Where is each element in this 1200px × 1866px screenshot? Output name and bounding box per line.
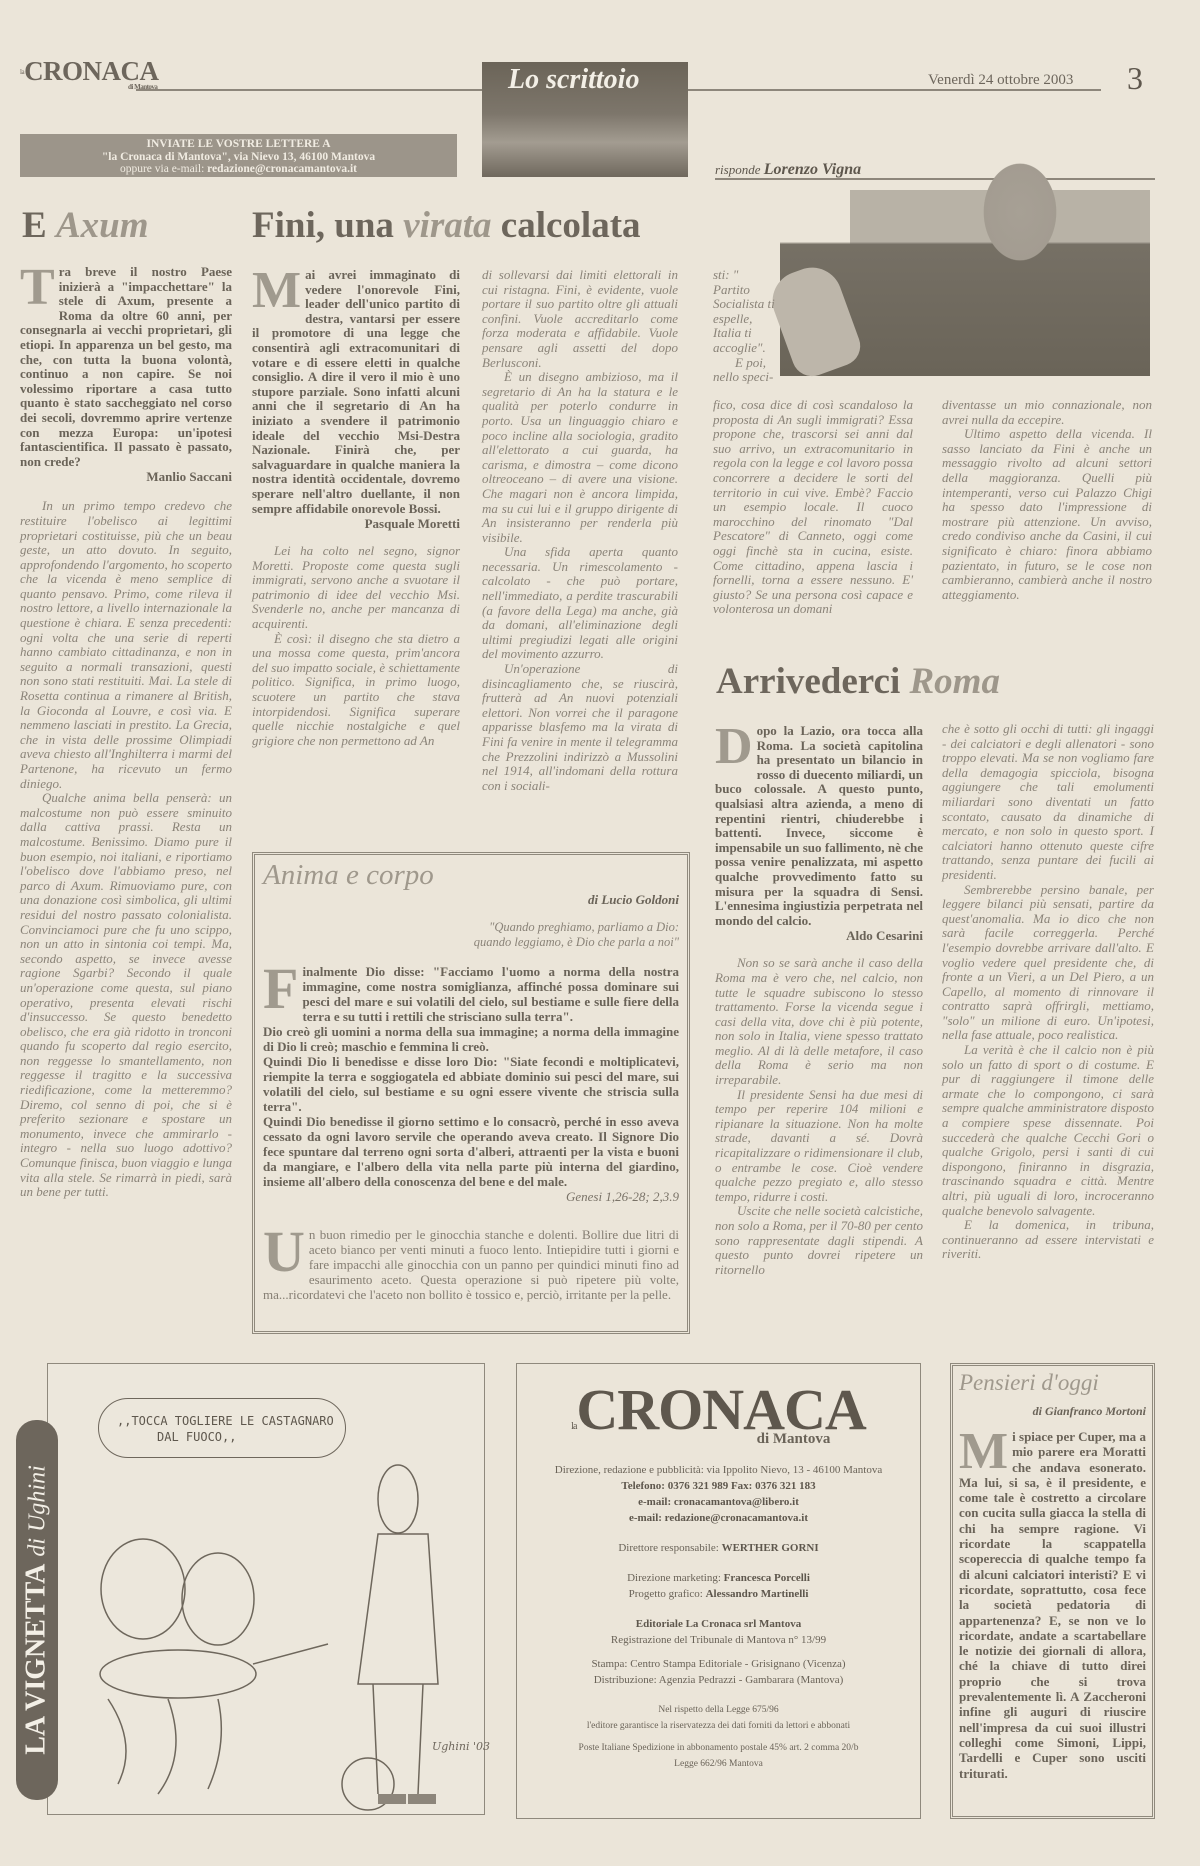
quote-line: "Quando preghiamo, parliamo a Dio:: [263, 920, 679, 935]
reply-paragraph: che è sotto gli occhi di tutti: gli inga…: [942, 722, 1154, 883]
responder-prefix: risponde: [715, 162, 764, 177]
reply-paragraph: E poi, nello speci-: [713, 356, 777, 385]
header-rule-right: [688, 89, 1101, 91]
rimedio-text: Un buon rimedio per le ginocchia stanche…: [263, 1227, 679, 1302]
letters-line-1: INVIATE LE VOSTRE LETTERE A: [20, 138, 457, 151]
headline-italic-part: Axum: [56, 205, 149, 246]
drop-cap: D: [715, 726, 753, 768]
masthead-email-link[interactable]: e-mail: redazione@cronacamantova.it: [629, 1512, 808, 1524]
letters-info-box: INVIATE LE VOSTRE LETTERE A "la Cronaca …: [20, 134, 457, 177]
article-axum: Tra breve il nostro Paese inizierà a "im…: [20, 265, 232, 1200]
article-roma-col2: che è sotto gli occhi di tutti: gli inga…: [942, 722, 1154, 1262]
pensieri-paragraph: i spiace per Cuper, ma a mio parere era …: [959, 1429, 1146, 1781]
headline-part: Fini, una: [252, 205, 403, 246]
headline-italic-part: virata: [403, 205, 491, 246]
letters-line-3: oppure via e-mail:: [120, 163, 207, 175]
headline-part: E: [22, 205, 56, 246]
letter-signature: Aldo Cesarini: [715, 928, 923, 944]
genesi-paragraph: Dio creò gli uomini a norma della sua im…: [263, 1024, 679, 1054]
headline-part: calcolata: [492, 205, 641, 246]
rimedio-paragraph: n buon rimedio per le ginocchia stanche …: [263, 1227, 679, 1302]
article-roma-col1: Dopo la Lazio, ora tocca alla Roma. La s…: [715, 724, 923, 1277]
masthead-logo: laCRONACA: [517, 1376, 920, 1443]
reply-axum: In un primo tempo credevo che restituire…: [20, 499, 232, 1200]
speech-line: DAL FUOCO,,: [117, 1429, 345, 1445]
director-label: Direttore responsabile:: [618, 1542, 721, 1554]
quote-line: quando leggiamo, è Dio che parla a noi": [263, 935, 679, 950]
reply-paragraph: Un'operazione di disincagliamento che, s…: [482, 662, 678, 793]
article-fini-col1: Mai avrei immaginato di vedere l'onorevo…: [252, 268, 460, 748]
box-title: Anima e corpo: [263, 859, 679, 892]
postal-notice: Poste Italiane Spedizione in abbonamento…: [517, 1740, 920, 1756]
drop-cap: U: [263, 1229, 305, 1275]
box-title: Pensieri d'oggi: [953, 1366, 1152, 1396]
cartoon-signature: Ughini '03: [432, 1740, 490, 1753]
masthead-email-link[interactable]: e-mail: cronacamantova@libero.it: [638, 1496, 799, 1508]
letter-axum: Tra breve il nostro Paese inizierà a "im…: [20, 265, 232, 469]
reply-paragraph: E la domenica, in tribuna, continueranno…: [942, 1218, 1154, 1262]
vignetta-label: LA VIGNETTA di Ughini: [16, 1420, 58, 1800]
drop-cap: M: [252, 270, 301, 312]
box-byline: di Gianfranco Mortoni: [953, 1396, 1152, 1419]
box-byline: di Lucio Goldoni: [263, 892, 679, 908]
letter-fini: Mai avrei immaginato di vedere l'onorevo…: [252, 268, 460, 516]
vignetta-title: LA VIGNETTA: [21, 1564, 52, 1755]
director-name: WERTHER GORNI: [722, 1542, 819, 1554]
letter-signature: Manlio Saccani: [20, 469, 232, 485]
marketing-name: Francesca Porcelli: [724, 1572, 810, 1584]
reply-paragraph: Qualche anima bella penserà: un malcostu…: [20, 791, 232, 1200]
genesi-reference: Genesi 1,26-28; 2,3.9: [263, 1189, 679, 1205]
reply-paragraph: Uscite che nelle società calcistiche, no…: [715, 1204, 923, 1277]
speech-line: ,,TOCCA TOGLIERE LE CASTAGNARO: [117, 1413, 345, 1429]
article-fini-narrow: sti: " Partito Socialista ti espelle, It…: [713, 268, 777, 385]
letter-roma: Dopo la Lazio, ora tocca alla Roma. La s…: [715, 724, 923, 928]
design-label: Progetto grafico:: [629, 1588, 706, 1600]
reply-paragraph: diventasse un mio connazionale, non avre…: [942, 398, 1152, 427]
masthead-address: Direzione, redazione e pubblicità: via I…: [517, 1462, 920, 1478]
headline-roma: Arrivederci Roma: [716, 660, 1000, 703]
privacy-notice: l'editore garantisce la riservatezza dei…: [517, 1718, 920, 1734]
box-quote: "Quando preghiamo, parliamo a Dio: quand…: [263, 920, 679, 950]
article-fini-col3: fico, cosa dice di così scandaloso la pr…: [713, 398, 913, 617]
letter-signature: Pasquale Moretti: [252, 516, 460, 532]
reply-paragraph: La verità è che il calcio non è più solo…: [942, 1043, 1154, 1218]
page-number: 3: [1127, 60, 1143, 97]
article-fini-col4: diventasse un mio connazionale, non avre…: [942, 398, 1152, 602]
header-rule-left: [136, 89, 482, 91]
reply-paragraph: È così: il disegno che sta dietro a una …: [252, 632, 460, 749]
genesi-paragraph: inalmente Dio disse: "Facciamo l'uomo a …: [302, 964, 679, 1024]
speech-bubble: ,,TOCCA TOGLIERE LE CASTAGNARO DAL FUOCO…: [98, 1398, 346, 1458]
logo-text: CRONACA: [24, 56, 159, 86]
reply-paragraph: di sollevarsi dai limiti elettorali in c…: [482, 268, 678, 370]
genesi-text: Finalmente Dio disse: "Facciamo l'uomo a…: [263, 964, 679, 1189]
reply-paragraph: È un disegno ambizioso, ma il segretario…: [482, 370, 678, 545]
article-fini-col2: di sollevarsi dai limiti elettorali in c…: [482, 268, 678, 793]
reply-paragraph: In un primo tempo credevo che restituire…: [20, 499, 232, 791]
pensieri-box: Pensieri d'oggi di Gianfranco Mortoni Mi…: [950, 1363, 1155, 1819]
reply-paragraph: Ultimo aspetto della vicenda. Il sasso l…: [942, 427, 1152, 602]
masthead-phone: Telefono: 0376 321 989 Fax: 0376 321 183: [621, 1480, 815, 1492]
drop-cap: T: [20, 267, 55, 309]
reply-fini: Lei ha colto nel segno, signor Moretti. …: [252, 544, 460, 748]
marketing-label: Direzione marketing:: [627, 1572, 724, 1584]
headline-axum: E Axum: [22, 204, 148, 247]
drop-cap: M: [959, 1431, 1008, 1473]
reply-paragraph: Non so se sarà anche il caso della Roma …: [715, 956, 923, 1087]
reply-quote: sti: " Partito Socialista ti espelle, It…: [713, 268, 777, 356]
registration: Registrazione del Tribunale di Mantova n…: [517, 1632, 920, 1648]
reply-roma: Non so se sarà anche il caso della Roma …: [715, 956, 923, 1277]
anima-e-corpo-box: Anima e corpo di Lucio Goldoni "Quando p…: [252, 852, 690, 1334]
masthead-box: laCRONACA di Mantova Direzione, redazion…: [516, 1363, 921, 1819]
reply-paragraph: Una sfida aperta quanto necessaria. Un r…: [482, 545, 678, 662]
drop-cap: F: [263, 966, 298, 1012]
reply-paragraph: Sembrerebbe persino banale, per leggere …: [942, 883, 1154, 1044]
reply-paragraph: Il presidente Sensi ha due mesi di tempo…: [715, 1088, 923, 1205]
printer: Stampa: Centro Stampa Editoriale - Grisi…: [517, 1656, 920, 1672]
headline-part: Arrivederci: [716, 661, 909, 702]
publisher: Editoriale La Cronaca srl Mantova: [636, 1618, 801, 1630]
privacy-notice: Nel rispetto della Legge 675/96: [517, 1702, 920, 1718]
letters-line-2: "la Cronaca di Mantova", via Nievo 13, 4…: [20, 151, 457, 164]
genesi-paragraph: Quindi Dio li benedisse e disse loro Dio…: [263, 1054, 679, 1114]
genesi-paragraph: Quindi Dio benedisse il giorno settimo e…: [263, 1114, 679, 1189]
reply-paragraph: fico, cosa dice di così scandaloso la pr…: [713, 398, 913, 617]
issue-date: Venerdì 24 ottobre 2003: [928, 72, 1073, 89]
newspaper-logo: laCRONACA di Mantova: [20, 56, 159, 87]
pensieri-text: Mi spiace per Cuper, ma a mio parere era…: [953, 1419, 1152, 1781]
letters-email-link[interactable]: redazione@cronacamantova.it: [207, 163, 357, 175]
headline-fini: Fini, una virata calcolata: [252, 204, 641, 247]
distribution: Distribuzione: Agenzia Pedrazzi - Gambar…: [517, 1672, 920, 1688]
postal-notice: Legge 662/96 Mantova: [517, 1756, 920, 1772]
vignetta-author: di Ughini: [25, 1465, 51, 1556]
design-name: Alessandro Martinelli: [706, 1588, 809, 1600]
headline-italic-part: Roma: [909, 661, 999, 702]
reply-paragraph: Lei ha colto nel segno, signor Moretti. …: [252, 544, 460, 632]
section-title: Lo scrittoio: [508, 64, 639, 96]
